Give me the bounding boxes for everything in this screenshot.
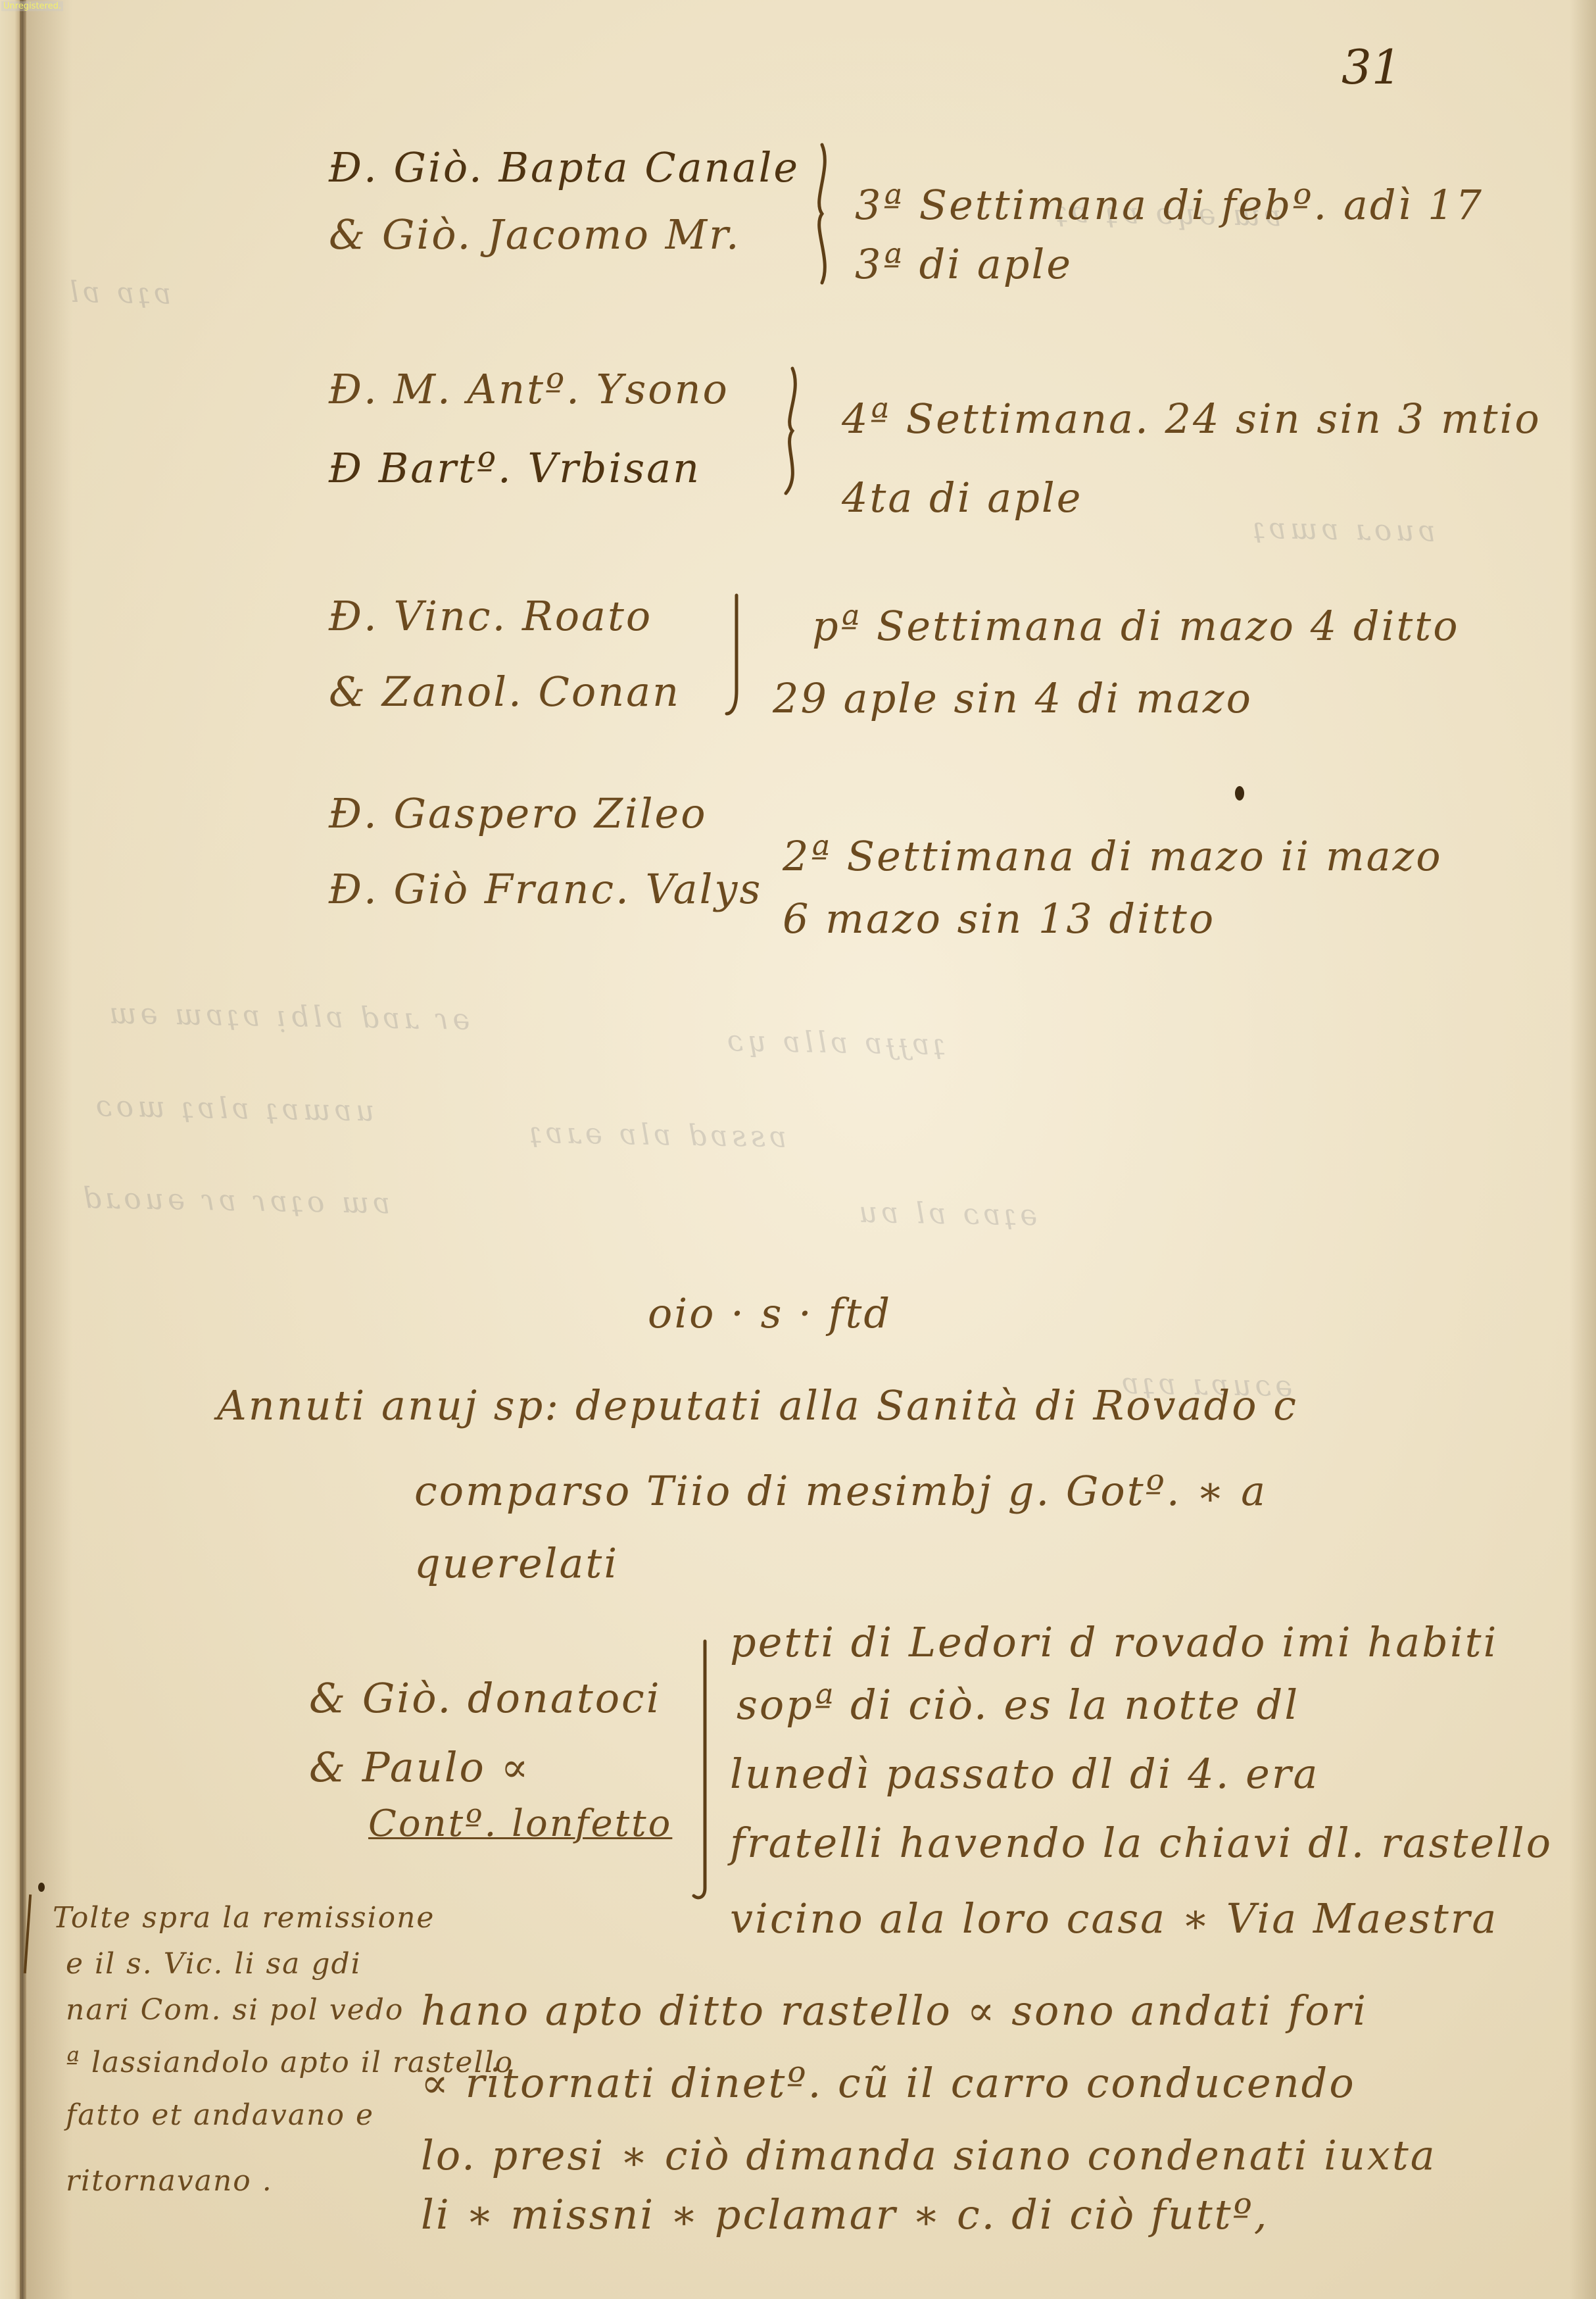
paragraph-line: petti di Ledori d rovado imi habiti bbox=[730, 1618, 1498, 1666]
struck-name: Contº. lonfetto bbox=[368, 1802, 672, 1845]
entry-note: 3ª di aple bbox=[855, 240, 1073, 288]
entry-note: 4ta di aple bbox=[842, 474, 1082, 522]
entry-name: & Giò. Jacomo Mr. bbox=[329, 210, 741, 259]
paragraph-line: li ∗ missni ∗ pclamar ∗ c. di ciò futtº, bbox=[421, 2190, 1269, 2238]
paragraph-line: fratelli havendo la chiavi dl. rastello bbox=[730, 1819, 1553, 1867]
entry-note: 4ª Settimana. 24 sin sin 3 mtio bbox=[842, 395, 1541, 443]
paragraph-line: ∝ ritornati dinetº. cũ il carro conducen… bbox=[421, 2059, 1356, 2107]
folio-number: 31 bbox=[1342, 39, 1402, 95]
paragraph-line: Annuti anuj sp: deputati alla Sanità di … bbox=[217, 1381, 1298, 1429]
entry-name: Ɖ. M. Antº. Ysono bbox=[329, 365, 729, 413]
entry-name: Ɖ. Giò Franc. Valys bbox=[329, 865, 762, 913]
margin-line-text: nari Com. si pol vedo bbox=[66, 1993, 404, 2027]
entry-name: Ɖ. Vinc. Roato bbox=[329, 592, 652, 640]
previous-page-edge bbox=[0, 0, 21, 2299]
margin-line-text: fatto et andavano e bbox=[66, 2098, 374, 2132]
paragraph-line: querelati bbox=[414, 1539, 619, 1587]
entry-name: Ɖ. Gaspero Zileo bbox=[329, 789, 708, 837]
paragraph-line: comparso Tiio di mesimbj g. Gotº. ∗ a bbox=[414, 1467, 1267, 1515]
entry-note: 6 mazo sin 13 ditto bbox=[783, 895, 1215, 943]
unregistered-watermark: Unregistered. bbox=[1, 1, 63, 11]
entry-note: 2ª Settimana di mazo ii mazo bbox=[783, 832, 1443, 880]
entry-note: 29 aple sin 4 di mazo bbox=[773, 674, 1253, 722]
entry-name: Ɖ. Giò. Bapta Canale bbox=[329, 143, 800, 191]
entry-note: 3ª Settimana di febº. adì 17 bbox=[855, 181, 1484, 229]
brace-icon bbox=[723, 592, 750, 717]
accused-name: & Paulo ∝ bbox=[309, 1743, 531, 1791]
paragraph-line: sopª di ciò. es la notte dl bbox=[737, 1681, 1299, 1729]
brace-icon bbox=[690, 1638, 717, 1901]
accused-name: & Giò. donatoci bbox=[309, 1674, 662, 1722]
margin-line-text: Tolte spra la remissione bbox=[53, 1901, 435, 1935]
margin-line-text: ritornavano . bbox=[66, 2164, 273, 2198]
margin-line-text: ª lassiandolo apto il rastello bbox=[66, 2046, 514, 2079]
entry-name: & Zanol. Conan bbox=[329, 668, 681, 716]
paragraph-line: hano apto ditto rastello ∝ sono andati f… bbox=[421, 1987, 1368, 2035]
paragraph-line: lunedì passato dl di 4. era bbox=[730, 1750, 1319, 1798]
ink-blot bbox=[1235, 786, 1244, 801]
section-heading: oio · s · ftd bbox=[648, 1289, 892, 1337]
margin-line-text: e il s. Vic. li sa gdi bbox=[66, 1947, 362, 1981]
paragraph-line: vicino ala loro casa ∗ Via Maestra bbox=[730, 1894, 1498, 1942]
brace-icon bbox=[809, 141, 835, 286]
brace-icon bbox=[779, 365, 806, 497]
margin-mark bbox=[38, 1883, 45, 1892]
entry-name: Ɖ Bartº. Vrbisan bbox=[329, 444, 701, 492]
paragraph-line: lo. presi ∗ ciò dimanda siano condenati … bbox=[421, 2131, 1437, 2179]
entry-note: pª Settimana di mazo 4 ditto bbox=[812, 602, 1460, 650]
page-right-edge bbox=[1570, 0, 1596, 2299]
